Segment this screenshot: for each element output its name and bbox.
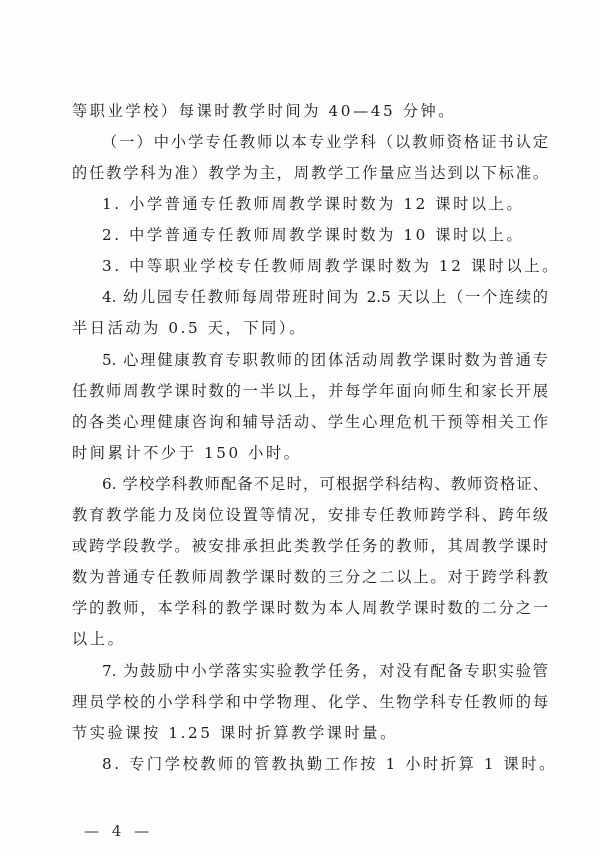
text-line: 3. 中等职业学校专任教师周教学课时数为 12 课时以上。: [102, 256, 548, 276]
document-page: 等职业学校）每课时教学时间为 40—45 分钟。 （一）中小学专任教师以本专业学…: [0, 0, 600, 855]
text-line: 的任教学科为准）教学为主，周教学工作量应当达到以下标准。: [72, 163, 548, 183]
text-line: 时间累计不少于 150 小时。: [72, 443, 548, 463]
text-line: 以上。: [72, 629, 548, 649]
text-line: 7. 为鼓励中小学落实实验教学任务，对没有配备专职实验管: [102, 661, 548, 681]
text-line: 等职业学校）每课时教学时间为 40—45 分钟。: [72, 101, 548, 121]
text-line: 6. 学校学科教师配备不足时，可根据学科结构、教师资格证、: [102, 474, 548, 494]
text-line: 任教师周教学课时数的一半以上，并每学年面向师生和家长开展: [72, 381, 548, 401]
text-line: （一）中小学专任教师以本专业学科（以教师资格证书认定: [102, 132, 548, 152]
text-line: 或跨学段教学。被安排承担此类教学任务的教师，其周教学课时: [72, 536, 548, 556]
text-line: 的各类心理健康咨询和辅导活动、学生心理危机干预等相关工作: [72, 412, 548, 432]
text-line: 4. 幼儿园专任教师每周带班时间为 2.5 天以上（一个连续的: [102, 287, 548, 307]
text-line: 8. 专门学校教师的管教执勤工作按 1 小时折算 1 课时。: [102, 754, 548, 774]
text-line: 5. 心理健康教育专职教师的团体活动周教学课时数为普通专: [102, 350, 548, 370]
text-line: 数为普通专任教师周教学课时数的三分之二以上。对于跨学科教: [72, 567, 548, 587]
text-line: 理员学校的小学科学和中学物理、化学、生物学科专任教师的每: [72, 692, 548, 712]
text-line: 学的教师，本学科的教学课时数为本人周教学课时数的二分之一: [72, 598, 548, 618]
text-line: 教育教学能力及岗位设置等情况，安排专任教师跨学科、跨年级: [72, 505, 548, 525]
text-line: 2. 中学普通专任教师周教学课时数为 10 课时以上。: [102, 225, 548, 245]
text-line: 半日活动为 0.5 天，下同）。: [72, 318, 548, 338]
text-line: 节实验课按 1.25 课时折算教学课时量。: [72, 723, 548, 743]
page-number: — 4 —: [84, 821, 153, 841]
text-line: 1. 小学普通专任教师周教学课时数为 12 课时以上。: [102, 194, 548, 214]
